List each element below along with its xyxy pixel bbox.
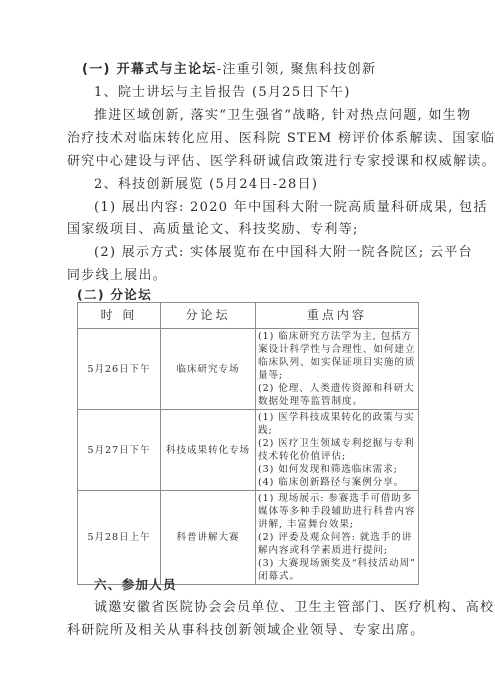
table-row: 5月26日下午 临床研究专场 (1) 临床研究方法学为主, 包括方 案设计科学性… bbox=[78, 329, 419, 410]
content-line: 数据处理等监管制度。 bbox=[258, 395, 416, 408]
cell-forum: 临床研究专场 bbox=[161, 329, 256, 410]
content-line: 讲解, 丰富舞台效果; bbox=[258, 518, 416, 531]
table-row: 5月27日下午 科技成果转化专场 (1) 医学科技成果转化的政策与实 践; (2… bbox=[78, 410, 419, 491]
header-time: 时 间 bbox=[78, 303, 161, 329]
cell-time: 5月27日下午 bbox=[78, 410, 161, 491]
item1-line: 研究中心建设与评估、医学科研诚信政策进行专家授课和权威解读。 bbox=[67, 154, 495, 170]
item1-line: 推进区域创新, 落实“卫生强省”战略, 针对热点问题, 如生物 bbox=[94, 108, 471, 124]
content-line: 临床队列、如实保证项目实施的质 bbox=[258, 356, 416, 369]
content-line: 技术转化价值评估; bbox=[258, 450, 416, 463]
section6-line: 诚邀安徽省医院协会会员单位、卫生主管部门、医疗机构、高校、 bbox=[94, 600, 495, 616]
cell-time: 5月26日下午 bbox=[78, 329, 161, 410]
section1-heading-rest: -注重引领, 聚焦科技创新 bbox=[217, 62, 377, 77]
content-line: (3) 大赛现场颁奖及“科技活动周” bbox=[258, 557, 416, 570]
content-line: 媒体等多种手段辅助进行科普内容 bbox=[258, 505, 416, 518]
content-line: (2) 伦理、人类遗传资源和科研大 bbox=[258, 382, 416, 395]
content-line: 闭幕式。 bbox=[258, 570, 416, 583]
section1-heading: (一) 开幕式与主论坛-注重引领, 聚焦科技创新 bbox=[82, 62, 376, 78]
section1-heading-bold: (一) 开幕式与主论坛 bbox=[82, 62, 217, 77]
table-row: 5月28日上午 科普讲解大赛 (1) 现场展示: 参赛选手可借助多 媒体等多种手… bbox=[78, 491, 419, 585]
header-forum: 分论坛 bbox=[161, 303, 256, 329]
cell-forum: 科普讲解大赛 bbox=[161, 491, 256, 585]
content-line: (4) 临床创新路径与案例分享。 bbox=[258, 476, 416, 489]
content-line: (2) 评委及观众问答: 就选手的讲 bbox=[258, 531, 416, 544]
section6-line: 科研院所及相关从事科技创新领域企业领导、专家出席。 bbox=[67, 623, 425, 639]
header-content: 重点内容 bbox=[256, 303, 419, 329]
content-line: (3) 如何发现和筛选临床需求; bbox=[258, 463, 416, 476]
content-line: 践; bbox=[258, 424, 416, 437]
cell-content: (1) 医学科技成果转化的政策与实 践; (2) 医疗卫生领域专利挖掘与专利 技… bbox=[256, 410, 419, 491]
section6-heading: 六、参加人员 bbox=[94, 577, 177, 593]
content-line: 量等; bbox=[258, 369, 416, 382]
table-header-row: 时 间 分论坛 重点内容 bbox=[78, 303, 419, 329]
content-line: (1) 现场展示: 参赛选手可借助多 bbox=[258, 492, 416, 505]
item1-line: 治疗技术对临床转化应用、医科院 STEM 榜评价体系解读、国家临床 bbox=[67, 131, 495, 147]
item2-p2-line: (2) 展示方式: 实体展览布在中国科大附一院各院区; 云平台 bbox=[94, 245, 473, 261]
content-line: (1) 临床研究方法学为主, 包括方 bbox=[258, 330, 416, 343]
cell-forum: 科技成果转化专场 bbox=[161, 410, 256, 491]
section2-heading: (二) 分论坛 bbox=[77, 287, 152, 303]
content-line: 案设计科学性与合理性、如何建立 bbox=[258, 343, 416, 356]
item1-title: 1、院士讲坛与主旨报告 (5月25日下午) bbox=[94, 85, 351, 101]
item2-p1-line: (1) 展出内容: 2020 年中国科大附一院高质量科研成果, 包括 bbox=[94, 200, 488, 216]
content-line: (1) 医学科技成果转化的政策与实 bbox=[258, 411, 416, 424]
forum-table: 时 间 分论坛 重点内容 5月26日下午 临床研究专场 (1) 临床研究方法学为… bbox=[77, 302, 419, 585]
cell-content: (1) 临床研究方法学为主, 包括方 案设计科学性与合理性、如何建立 临床队列、… bbox=[256, 329, 419, 410]
content-line: (2) 医疗卫生领域专利挖掘与专利 bbox=[258, 437, 416, 450]
item2-title: 2、科技创新展览 (5月24日-28日) bbox=[94, 177, 318, 193]
item2-p1-line: 国家级项目、高质量论文、科技奖励、专利等; bbox=[67, 222, 359, 238]
cell-time: 5月28日上午 bbox=[78, 491, 161, 585]
item2-p2-line: 同步线上展出。 bbox=[67, 268, 167, 284]
content-line: 解内容或科学素质进行提问; bbox=[258, 544, 416, 557]
cell-content: (1) 现场展示: 参赛选手可借助多 媒体等多种手段辅助进行科普内容 讲解, 丰… bbox=[256, 491, 419, 585]
